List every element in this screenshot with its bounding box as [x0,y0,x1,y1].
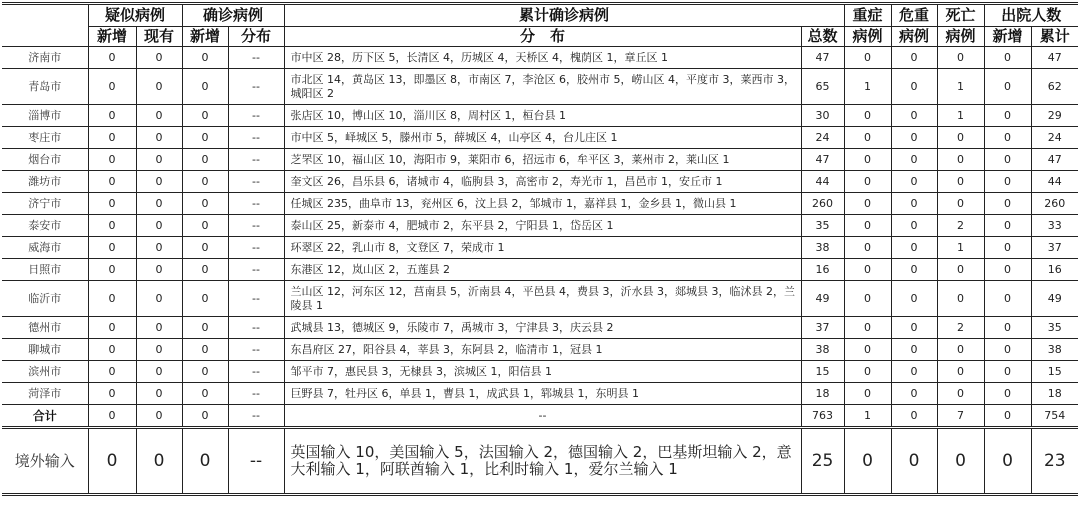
death-cell: 0 [937,383,984,405]
suspected-new-cell: 0 [88,193,136,215]
header-suspected-new: 新增 [88,27,136,47]
discharged-total-cell: 49 [1031,281,1078,317]
death-cell: 2 [937,317,984,339]
table-body: 济南市000--市中区 28，历下区 5，长清区 4，历城区 4，天桥区 4，槐… [2,47,1078,495]
death-cell: 0 [937,361,984,383]
header-severe-cases: 病例 [844,27,891,47]
suspected-new-cell: 0 [88,149,136,171]
header-discharged-total: 累计 [1031,27,1078,47]
discharged-new-cell: 0 [984,127,1031,149]
cumulative-distribution-cell: 巨野县 7，牡丹区 6，单县 1，曹县 1，成武县 1，郓城县 1，东明县 1 [284,383,801,405]
header-cumulative-distribution: 分 布 [284,27,801,47]
table-row: 泰安市000--泰山区 25，新泰市 4，肥城市 2，东平县 2，宁阳县 1，岱… [2,215,1078,237]
suspected-new-cell: 0 [88,127,136,149]
discharged-total-cell: 37 [1031,237,1078,259]
cumulative-distribution-cell: 东港区 12，岚山区 2，五莲县 2 [284,259,801,281]
confirmed-distribution-cell: -- [228,215,284,237]
discharged-new-cell: 0 [984,317,1031,339]
table-row: 济南市000--市中区 28，历下区 5，长清区 4，历城区 4，天桥区 4，槐… [2,47,1078,69]
confirmed-new-cell: 0 [182,171,228,193]
header-confirmed-distribution: 分布 [228,27,284,47]
confirmed-distribution-cell: -- [228,361,284,383]
discharged-total-cell: 29 [1031,105,1078,127]
discharged-total-cell: 47 [1031,149,1078,171]
cumulative-distribution-cell: 泰山区 25，新泰市 4，肥城市 2，东平县 2，宁阳县 1，岱岳区 1 [284,215,801,237]
table-row: 滨州市000--邹平市 7，惠民县 3，无棣县 3，滨城区 1，阳信县 1150… [2,361,1078,383]
suspected-existing-cell: 0 [136,339,182,361]
header-death-cases: 病例 [937,27,984,47]
critical-cell: 0 [891,259,937,281]
confirmed-new-cell: 0 [182,405,228,428]
confirmed-new-cell: 0 [182,383,228,405]
import-row: 境外输入000--英国输入 10，美国输入 5，法国输入 2，德国输入 2，巴基… [2,428,1078,495]
cumulative-distribution-cell: 市北区 14，黄岛区 13，即墨区 8，市南区 7，李沧区 6，胶州市 5，崂山… [284,69,801,105]
city-name: 德州市 [2,317,88,339]
city-name: 泰安市 [2,215,88,237]
suspected-new-cell: 0 [88,215,136,237]
confirmed-distribution-cell: -- [228,105,284,127]
death-cell: 7 [937,405,984,428]
discharged-total-cell: 260 [1031,193,1078,215]
header-confirmed: 确诊病例 [182,4,284,27]
confirmed-distribution-cell: -- [228,47,284,69]
confirmed-new-cell: 0 [182,339,228,361]
discharged-new-cell: 0 [984,405,1031,428]
suspected-existing-cell: 0 [136,127,182,149]
discharged-new-cell: 0 [984,383,1031,405]
critical-cell: 0 [891,105,937,127]
confirmed-distribution-cell: -- [228,339,284,361]
death-cell: 0 [937,193,984,215]
discharged-new-cell: 0 [984,171,1031,193]
discharged-new-cell: 0 [984,69,1031,105]
discharged-new-cell: 0 [984,361,1031,383]
confirmed-new-cell: 0 [182,281,228,317]
table-row: 烟台市000--芝罘区 10，福山区 10，海阳市 9，莱阳市 6，招远市 6，… [2,149,1078,171]
header-row-2: 新增 现有 新增 分布 分 布 总数 病例 病例 病例 新增 累计 [2,27,1078,47]
discharged-new-cell: 0 [984,259,1031,281]
city-name: 潍坊市 [2,171,88,193]
confirmed-distribution-cell: -- [228,259,284,281]
discharged-total-cell: 15 [1031,361,1078,383]
header-discharged: 出院人数 [984,4,1078,27]
table-row: 日照市000--东港区 12，岚山区 2，五莲县 216000016 [2,259,1078,281]
confirmed-new-cell: 0 [182,47,228,69]
total-cell: 763 [801,405,844,428]
header-suspected: 疑似病例 [88,4,182,27]
header-cumulative: 累计确诊病例 [284,4,844,27]
death-cell: 0 [937,47,984,69]
header-row-1: 疑似病例 确诊病例 累计确诊病例 重症 危重 死亡 出院人数 [2,4,1078,27]
death-cell: 1 [937,105,984,127]
discharged-total-cell: 16 [1031,259,1078,281]
suspected-existing-cell: 0 [136,105,182,127]
total-cell: 47 [801,149,844,171]
death-cell: 1 [937,237,984,259]
critical-cell: 0 [891,215,937,237]
severe-cell: 0 [844,149,891,171]
table-row: 聊城市000--东昌府区 27，阳谷县 4，莘县 3，东阿县 2，临清市 1，冠… [2,339,1078,361]
severe-cell: 0 [844,361,891,383]
confirmed-distribution-cell: -- [228,428,284,495]
severe-cell: 0 [844,339,891,361]
table-row: 临沂市000--兰山区 12，河东区 12，莒南县 5，沂南县 4，平邑县 4，… [2,281,1078,317]
cumulative-distribution-cell: 任城区 235，曲阜市 13，兖州区 6，汶上县 2，邹城市 1，嘉祥县 1，金… [284,193,801,215]
confirmed-distribution-cell: -- [228,69,284,105]
suspected-existing-cell: 0 [136,69,182,105]
city-name: 菏泽市 [2,383,88,405]
severe-cell: 1 [844,405,891,428]
city-name: 滨州市 [2,361,88,383]
critical-cell: 0 [891,47,937,69]
suspected-new-cell: 0 [88,383,136,405]
header-discharged-new: 新增 [984,27,1031,47]
city-name: 聊城市 [2,339,88,361]
severe-cell: 0 [844,193,891,215]
table-row: 潍坊市000--奎文区 26，昌乐县 6，诸城市 4，临朐县 3，高密市 2，寿… [2,171,1078,193]
critical-cell: 0 [891,171,937,193]
severe-cell: 0 [844,428,891,495]
severe-cell: 0 [844,317,891,339]
severe-cell: 0 [844,237,891,259]
confirmed-new-cell: 0 [182,361,228,383]
confirmed-new-cell: 0 [182,193,228,215]
city-name: 枣庄市 [2,127,88,149]
header-suspected-existing: 现有 [136,27,182,47]
discharged-total-cell: 24 [1031,127,1078,149]
discharged-total-cell: 754 [1031,405,1078,428]
death-cell: 0 [937,281,984,317]
confirmed-new-cell: 0 [182,259,228,281]
table-row: 济宁市000--任城区 235，曲阜市 13，兖州区 6，汶上县 2，邹城市 1… [2,193,1078,215]
suspected-existing-cell: 0 [136,428,182,495]
discharged-new-cell: 0 [984,47,1031,69]
table-row: 青岛市000--市北区 14，黄岛区 13，即墨区 8，市南区 7，李沧区 6，… [2,69,1078,105]
confirmed-distribution-cell: -- [228,405,284,428]
discharged-total-cell: 44 [1031,171,1078,193]
death-cell: 0 [937,428,984,495]
severe-cell: 0 [844,127,891,149]
cumulative-distribution-cell: 芝罘区 10，福山区 10，海阳市 9，莱阳市 6，招远市 6，牟平区 3，莱州… [284,149,801,171]
total-cell: 15 [801,361,844,383]
death-cell: 2 [937,215,984,237]
covid-case-table: 疑似病例 确诊病例 累计确诊病例 重症 危重 死亡 出院人数 新增 现有 新增 … [2,2,1078,496]
header-death: 死亡 [937,4,984,27]
header-critical-cases: 病例 [891,27,937,47]
city-name: 淄博市 [2,105,88,127]
cumulative-distribution-cell: 兰山区 12，河东区 12，莒南县 5，沂南县 4，平邑县 4，费县 3，沂水县… [284,281,801,317]
suspected-new-cell: 0 [88,259,136,281]
discharged-new-cell: 0 [984,193,1031,215]
discharged-new-cell: 0 [984,215,1031,237]
city-name: 日照市 [2,259,88,281]
city-name: 境外输入 [2,428,88,495]
severe-cell: 0 [844,105,891,127]
confirmed-distribution-cell: -- [228,383,284,405]
discharged-total-cell: 33 [1031,215,1078,237]
discharged-total-cell: 35 [1031,317,1078,339]
severe-cell: 0 [844,281,891,317]
confirmed-distribution-cell: -- [228,317,284,339]
cumulative-distribution-cell: 邹平市 7，惠民县 3，无棣县 3，滨城区 1，阳信县 1 [284,361,801,383]
total-cell: 47 [801,47,844,69]
suspected-new-cell: 0 [88,237,136,259]
total-row: 合计000----7631070754 [2,405,1078,428]
header-confirmed-new: 新增 [182,27,228,47]
critical-cell: 0 [891,69,937,105]
table-row: 威海市000--环翠区 22，乳山市 8，文登区 7，荣成市 138001037 [2,237,1078,259]
confirmed-new-cell: 0 [182,149,228,171]
header-severe: 重症 [844,4,891,27]
discharged-new-cell: 0 [984,281,1031,317]
header-critical: 危重 [891,4,937,27]
critical-cell: 0 [891,428,937,495]
suspected-new-cell: 0 [88,105,136,127]
death-cell: 0 [937,339,984,361]
cumulative-distribution-cell: 张店区 10，博山区 10，淄川区 8，周村区 1，桓台县 1 [284,105,801,127]
total-cell: 35 [801,215,844,237]
discharged-total-cell: 38 [1031,339,1078,361]
city-name: 合计 [2,405,88,428]
suspected-new-cell: 0 [88,339,136,361]
confirmed-distribution-cell: -- [228,171,284,193]
cumulative-distribution-cell: 市中区 5，峄城区 5，滕州市 5，薛城区 4，山亭区 4，台儿庄区 1 [284,127,801,149]
critical-cell: 0 [891,361,937,383]
table-row: 枣庄市000--市中区 5，峄城区 5，滕州市 5，薛城区 4，山亭区 4，台儿… [2,127,1078,149]
suspected-existing-cell: 0 [136,281,182,317]
covid-table-container: 疑似病例 确诊病例 累计确诊病例 重症 危重 死亡 出院人数 新增 现有 新增 … [2,2,1078,496]
discharged-new-cell: 0 [984,105,1031,127]
critical-cell: 0 [891,237,937,259]
confirmed-distribution-cell: -- [228,149,284,171]
critical-cell: 0 [891,339,937,361]
suspected-existing-cell: 0 [136,237,182,259]
confirmed-new-cell: 0 [182,105,228,127]
critical-cell: 0 [891,149,937,171]
confirmed-distribution-cell: -- [228,127,284,149]
suspected-existing-cell: 0 [136,193,182,215]
city-name: 济南市 [2,47,88,69]
discharged-total-cell: 23 [1031,428,1078,495]
confirmed-new-cell: 0 [182,69,228,105]
suspected-new-cell: 0 [88,171,136,193]
table-row: 菏泽市000--巨野县 7，牡丹区 6，单县 1，曹县 1，成武县 1，郓城县 … [2,383,1078,405]
critical-cell: 0 [891,317,937,339]
table-row: 淄博市000--张店区 10，博山区 10，淄川区 8，周村区 1，桓台县 13… [2,105,1078,127]
total-cell: 25 [801,428,844,495]
death-cell: 0 [937,171,984,193]
total-cell: 38 [801,237,844,259]
total-cell: 65 [801,69,844,105]
city-name: 济宁市 [2,193,88,215]
critical-cell: 0 [891,281,937,317]
city-name: 烟台市 [2,149,88,171]
cumulative-distribution-cell: 英国输入 10，美国输入 5，法国输入 2，德国输入 2，巴基斯坦输入 2，意大… [284,428,801,495]
suspected-existing-cell: 0 [136,383,182,405]
table-row: 德州市000--武城县 13，德城区 9，乐陵市 7，禹城市 3，宁津县 3，庆… [2,317,1078,339]
discharged-total-cell: 47 [1031,47,1078,69]
cumulative-distribution-cell: 奎文区 26，昌乐县 6，诸城市 4，临朐县 3，高密市 2，寿光市 1，昌邑市… [284,171,801,193]
discharged-total-cell: 18 [1031,383,1078,405]
critical-cell: 0 [891,405,937,428]
total-cell: 44 [801,171,844,193]
city-name: 威海市 [2,237,88,259]
suspected-new-cell: 0 [88,281,136,317]
header-corner [2,4,88,47]
discharged-new-cell: 0 [984,339,1031,361]
total-cell: 24 [801,127,844,149]
confirmed-new-cell: 0 [182,127,228,149]
suspected-new-cell: 0 [88,69,136,105]
severe-cell: 0 [844,47,891,69]
confirmed-new-cell: 0 [182,215,228,237]
total-cell: 37 [801,317,844,339]
total-cell: 30 [801,105,844,127]
total-cell: 49 [801,281,844,317]
cumulative-distribution-cell: 市中区 28，历下区 5，长清区 4，历城区 4，天桥区 4，槐荫区 1，章丘区… [284,47,801,69]
suspected-existing-cell: 0 [136,171,182,193]
suspected-new-cell: 0 [88,428,136,495]
total-cell: 38 [801,339,844,361]
cumulative-distribution-cell: 武城县 13，德城区 9，乐陵市 7，禹城市 3，宁津县 3，庆云县 2 [284,317,801,339]
discharged-total-cell: 62 [1031,69,1078,105]
suspected-existing-cell: 0 [136,149,182,171]
critical-cell: 0 [891,127,937,149]
suspected-existing-cell: 0 [136,361,182,383]
suspected-new-cell: 0 [88,317,136,339]
suspected-existing-cell: 0 [136,215,182,237]
death-cell: 1 [937,69,984,105]
total-cell: 18 [801,383,844,405]
confirmed-new-cell: 0 [182,237,228,259]
city-name: 临沂市 [2,281,88,317]
death-cell: 0 [937,149,984,171]
severe-cell: 0 [844,259,891,281]
death-cell: 0 [937,259,984,281]
discharged-new-cell: 0 [984,149,1031,171]
suspected-existing-cell: 0 [136,317,182,339]
critical-cell: 0 [891,383,937,405]
suspected-new-cell: 0 [88,47,136,69]
severe-cell: 0 [844,383,891,405]
total-cell: 260 [801,193,844,215]
severe-cell: 1 [844,69,891,105]
severe-cell: 0 [844,171,891,193]
suspected-new-cell: 0 [88,361,136,383]
suspected-existing-cell: 0 [136,47,182,69]
cumulative-distribution-cell: -- [284,405,801,428]
discharged-new-cell: 0 [984,428,1031,495]
confirmed-distribution-cell: -- [228,237,284,259]
confirmed-new-cell: 0 [182,317,228,339]
critical-cell: 0 [891,193,937,215]
suspected-existing-cell: 0 [136,259,182,281]
total-cell: 16 [801,259,844,281]
header-total: 总数 [801,27,844,47]
suspected-existing-cell: 0 [136,405,182,428]
death-cell: 0 [937,127,984,149]
severe-cell: 0 [844,215,891,237]
suspected-new-cell: 0 [88,405,136,428]
confirmed-new-cell: 0 [182,428,228,495]
cumulative-distribution-cell: 环翠区 22，乳山市 8，文登区 7，荣成市 1 [284,237,801,259]
cumulative-distribution-cell: 东昌府区 27，阳谷县 4，莘县 3，东阿县 2，临清市 1，冠县 1 [284,339,801,361]
confirmed-distribution-cell: -- [228,281,284,317]
confirmed-distribution-cell: -- [228,193,284,215]
city-name: 青岛市 [2,69,88,105]
discharged-new-cell: 0 [984,237,1031,259]
